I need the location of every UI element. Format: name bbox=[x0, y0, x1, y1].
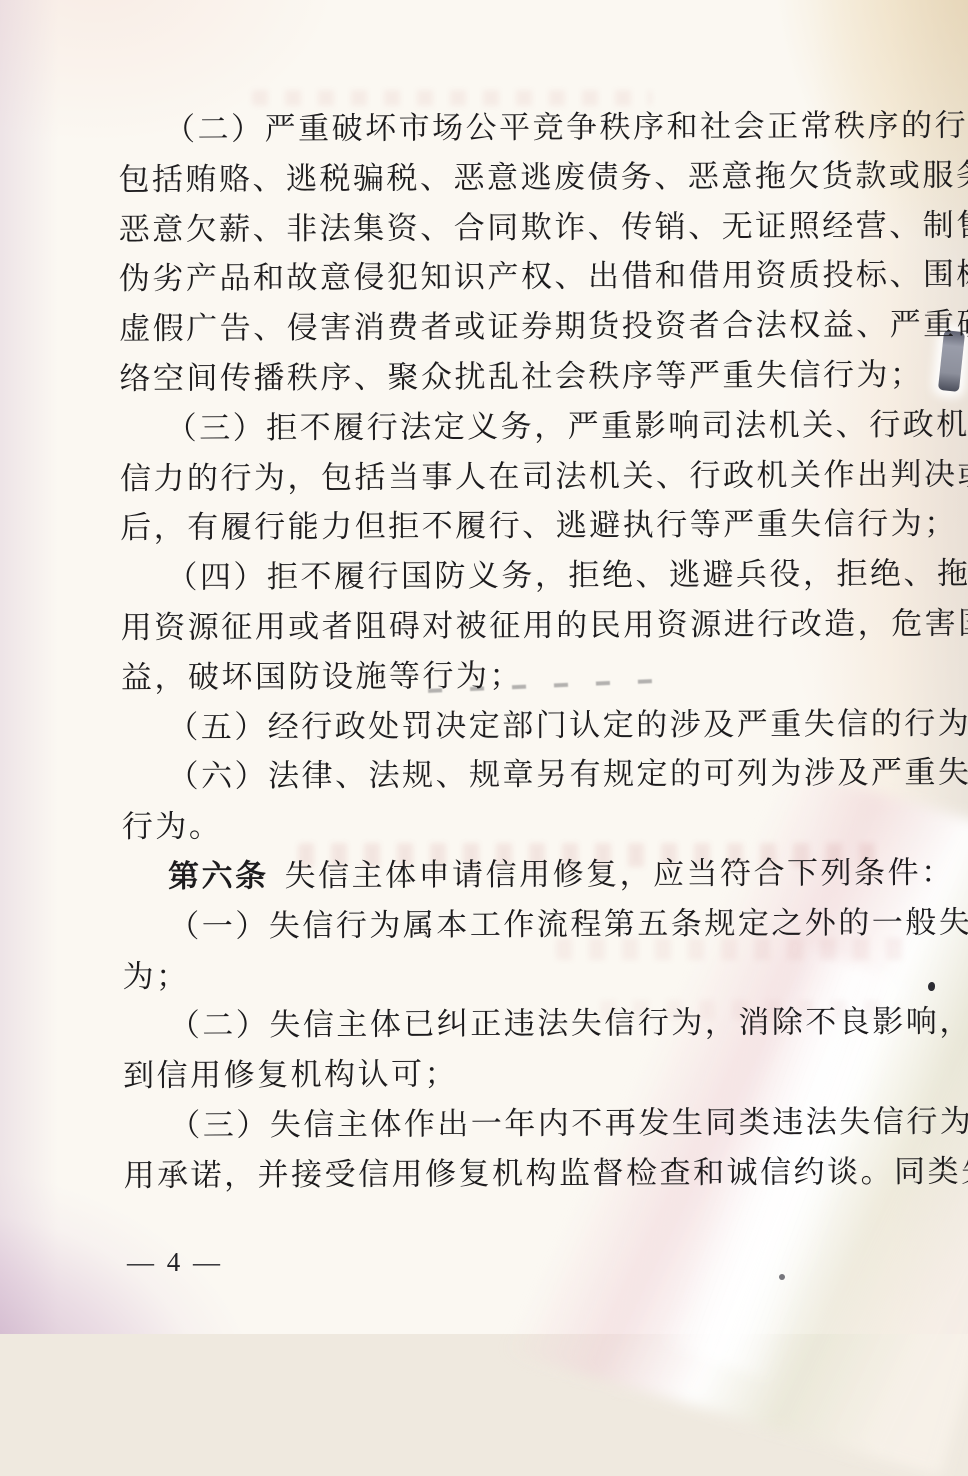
text-line-article-heading: 第六条失信主体申请信用修复，应当符合下列条件： bbox=[122, 848, 882, 902]
scanned-page: （二）严重破坏市场公平竞争秩序和社会正常秩序的行为， 包括贿赂、逃税骗税、恶意逃… bbox=[0, 0, 968, 1334]
article-number: 第六条 bbox=[168, 858, 269, 894]
text-line: 包括贿赂、逃税骗税、恶意逃废债务、恶意拖欠货款或服务费、 bbox=[118, 151, 878, 205]
page-number: — 4 — bbox=[127, 1247, 223, 1278]
text-line: （三）失信主体作出一年内不再发生同类违法失信行为的信 bbox=[123, 1097, 883, 1151]
ink-speck-artifact bbox=[928, 982, 935, 991]
text-line: 络空间传播秩序、聚众扰乱社会秩序等严重失信行为； bbox=[119, 350, 879, 404]
text-line: （一）失信行为属本工作流程第五条规定之外的一般失信行 bbox=[122, 898, 882, 952]
document-body: （二）严重破坏市场公平竞争秩序和社会正常秩序的行为， 包括贿赂、逃税骗税、恶意逃… bbox=[118, 101, 884, 1200]
text-line: （二）失信主体已纠正违法失信行为，消除不良影响，并得 bbox=[123, 997, 883, 1051]
text-line: 益，破坏国防设施等行为； bbox=[121, 649, 881, 703]
text-line: （三）拒不履行法定义务，严重影响司法机关、行政机关公 bbox=[120, 400, 880, 454]
text-line: 信力的行为，包括当事人在司法机关、行政机关作出判决或决定 bbox=[120, 450, 880, 504]
text-line: 伪劣产品和故意侵犯知识产权、出借和借用资质投标、围标串标、 bbox=[119, 250, 879, 304]
text-line: 行为。 bbox=[122, 798, 882, 852]
text-line: 虚假广告、侵害消费者或证券期货投资者合法权益、严重破坏网 bbox=[119, 300, 879, 354]
text-line: 恶意欠薪、非法集资、合同欺诈、传销、无证照经营、制售假冒 bbox=[119, 201, 879, 255]
article-heading-text: 失信主体申请信用修复，应当符合下列条件： bbox=[284, 855, 954, 894]
text-line: 用承诺，并接受信用修复机构监督检查和诚信约谈。同类失信行 bbox=[123, 1147, 883, 1201]
text-line: （六）法律、法规、规章另有规定的可列为涉及严重失信的 bbox=[121, 748, 881, 802]
text-line: 用资源征用或者阻碍对被征用的民用资源进行改造，危害国防利 bbox=[121, 599, 881, 653]
text-line: 后，有履行能力但拒不履行、逃避执行等严重失信行为； bbox=[120, 499, 880, 553]
text-line: （四）拒不履行国防义务，拒绝、逃避兵役，拒绝、拖延民 bbox=[120, 549, 880, 603]
text-line: 到信用修复机构认可； bbox=[123, 1047, 883, 1101]
ink-speck-artifact bbox=[779, 1274, 785, 1280]
text-line: 为； bbox=[122, 948, 882, 1002]
text-line: （五）经行政处罚决定部门认定的涉及严重失信的行为； bbox=[121, 699, 881, 753]
text-line: （二）严重破坏市场公平竞争秩序和社会正常秩序的行为， bbox=[118, 101, 878, 155]
